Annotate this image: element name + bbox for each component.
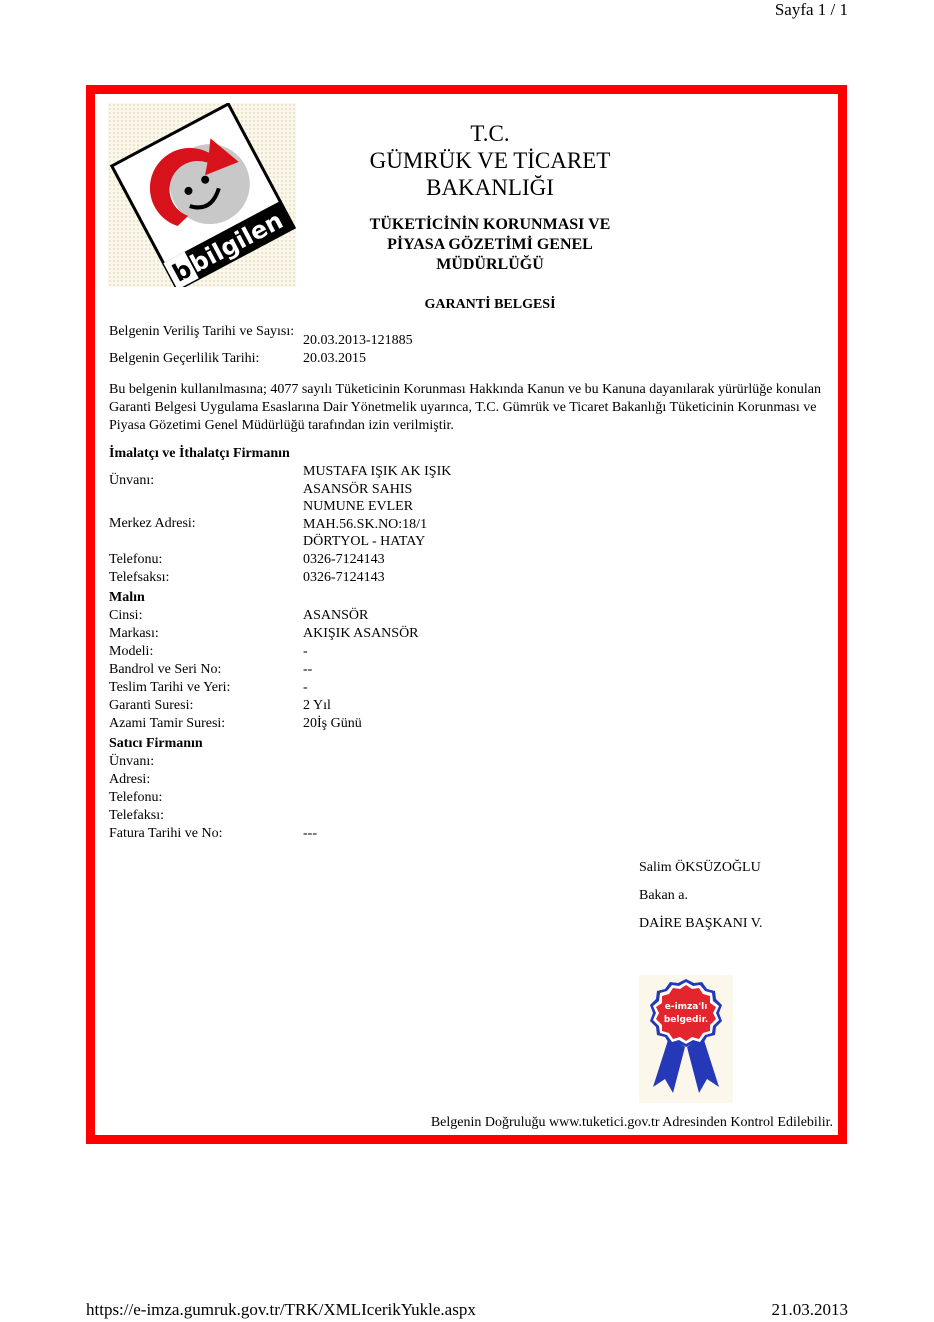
- signature-block: Salim ÖKSÜZOĞLU Bakan a. DAİRE BAŞKANI V…: [639, 854, 763, 938]
- seller-row: Telefonu:: [109, 789, 829, 807]
- manufacturer-title-label: Ünvanı:: [109, 463, 303, 498]
- legal-text: Bu belgenin kullanılmasına; 4077 sayılı …: [109, 381, 829, 435]
- manufacturer-phone-row: Telefonu: 0326-7124143: [109, 551, 829, 569]
- certificate-content: Belgenin Veriliş Tarihi ve Sayısı: 20.03…: [109, 324, 829, 843]
- seller-value: ---: [303, 825, 829, 843]
- seller-row: Telefaksı:: [109, 807, 829, 825]
- seller-value: [303, 753, 829, 771]
- product-row: Markası:AKIŞIK ASANSÖR: [109, 625, 829, 643]
- product-label: Bandrol ve Seri No:: [109, 661, 303, 679]
- manufacturer-phone-value: 0326-7124143: [303, 551, 829, 569]
- manufacturer-phone-label: Telefonu:: [109, 551, 303, 569]
- product-row: Teslim Tarihi ve Yeri:-: [109, 679, 829, 697]
- e-signature-seal: e-imza'lı belgedir.: [639, 975, 733, 1103]
- product-label: Cinsi:: [109, 607, 303, 625]
- seller-rows: Ünvanı: Adresi: Telefonu: Telefaksı: Fat…: [109, 753, 829, 843]
- product-label: Azami Tamir Suresi:: [109, 715, 303, 733]
- validity-value: 20.03.2015: [303, 350, 829, 368]
- manufacturer-title-line: MUSTAFA IŞIK AK IŞIK: [303, 463, 829, 481]
- product-label: Modeli:: [109, 643, 303, 661]
- manufacturer-fax-label: Telefsaksı:: [109, 569, 303, 587]
- header-line-3: BAKANLIĞI: [325, 174, 655, 201]
- manufacturer-fax-value: 0326-7124143: [303, 569, 829, 587]
- header-line-2: GÜMRÜK VE TİCARET: [325, 147, 655, 174]
- validity-label: Belgenin Geçerlilik Tarihi:: [109, 350, 303, 368]
- verification-note: Belgenin Doğruluğu www.tuketici.gov.tr A…: [431, 1115, 833, 1131]
- page-indicator: Sayfa 1 / 1: [775, 0, 848, 20]
- seller-heading: Satıcı Firmanın: [109, 735, 829, 753]
- product-row: Bandrol ve Seri No:--: [109, 661, 829, 679]
- issuer-title-block: T.C. GÜMRÜK VE TİCARET BAKANLIĞI TÜKETİC…: [325, 120, 655, 313]
- product-value: 2 Yıl: [303, 697, 829, 715]
- manufacturer-title-row: Ünvanı: MUSTAFA IŞIK AK IŞIK ASANSÖR SAH…: [109, 463, 829, 498]
- footer-url: https://e-imza.gumruk.gov.tr/TRK/XMLIcer…: [86, 1300, 476, 1320]
- seller-label: Fatura Tarihi ve No:: [109, 825, 303, 843]
- document-title: GARANTİ BELGESİ: [325, 297, 655, 313]
- issue-row: Belgenin Veriliş Tarihi ve Sayısı: 20.03…: [109, 324, 829, 350]
- product-label: Teslim Tarihi ve Yeri:: [109, 679, 303, 697]
- manufacturer-title-line: ASANSÖR SAHIS: [303, 481, 829, 499]
- product-value: 20İş Günü: [303, 715, 829, 733]
- product-value: -: [303, 679, 829, 697]
- bilgilen-logo: b bilgilen: [108, 103, 296, 287]
- seller-label: Adresi:: [109, 771, 303, 789]
- product-heading: Malın: [109, 589, 829, 607]
- seller-value: [303, 771, 829, 789]
- product-label: Markası:: [109, 625, 303, 643]
- product-rows: Cinsi:ASANSÖR Markası:AKIŞIK ASANSÖR Mod…: [109, 607, 829, 733]
- seller-row: Adresi:: [109, 771, 829, 789]
- footer-date: 21.03.2013: [772, 1300, 849, 1320]
- manufacturer-address-line: DÖRTYOL - HATAY: [303, 533, 829, 551]
- manufacturer-address-row: Merkez Adresi: NUMUNE EVLER MAH.56.SK.NO…: [109, 498, 829, 551]
- bilgilen-smiley-logo-icon: b bilgilen: [108, 103, 296, 287]
- issue-label: Belgenin Veriliş Tarihi ve Sayısı:: [109, 324, 303, 350]
- signatory-role-2: DAİRE BAŞKANI V.: [639, 910, 763, 938]
- svg-text:belgedir.: belgedir.: [664, 1015, 708, 1025]
- validity-row: Belgenin Geçerlilik Tarihi: 20.03.2015: [109, 350, 829, 368]
- product-row: Modeli:-: [109, 643, 829, 661]
- product-row: Cinsi:ASANSÖR: [109, 607, 829, 625]
- certificate-frame: b bilgilen T.C. GÜMRÜK VE TİCARET BAKANL…: [86, 85, 847, 1144]
- manufacturer-address-line: MAH.56.SK.NO:18/1: [303, 516, 829, 534]
- directorate-line-2: PİYASA GÖZETİMİ GENEL: [325, 235, 655, 255]
- seller-label: Telefaksı:: [109, 807, 303, 825]
- product-value: -: [303, 643, 829, 661]
- manufacturer-address-label: Merkez Adresi:: [109, 498, 303, 551]
- seller-row: Fatura Tarihi ve No:---: [109, 825, 829, 843]
- seller-label: Telefonu:: [109, 789, 303, 807]
- header-line-1: T.C.: [325, 120, 655, 147]
- seller-value: [303, 789, 829, 807]
- seller-row: Ünvanı:: [109, 753, 829, 771]
- directorate-line-3: MÜDÜRLÜĞÜ: [325, 255, 655, 275]
- seller-value: [303, 807, 829, 825]
- product-label: Garanti Suresi:: [109, 697, 303, 715]
- signatory-role-1: Bakan a.: [639, 882, 763, 910]
- issue-value: 20.03.2013-121885: [303, 324, 829, 350]
- signatory-name: Salim ÖKSÜZOĞLU: [639, 854, 763, 882]
- seller-label: Ünvanı:: [109, 753, 303, 771]
- directorate-line-1: TÜKETİCİNİN KORUNMASI VE: [325, 215, 655, 235]
- svg-text:e-imza'lı: e-imza'lı: [665, 1002, 708, 1012]
- product-value: AKIŞIK ASANSÖR: [303, 625, 829, 643]
- product-row: Garanti Suresi:2 Yıl: [109, 697, 829, 715]
- product-value: --: [303, 661, 829, 679]
- manufacturer-address-line: NUMUNE EVLER: [303, 498, 829, 516]
- product-row: Azami Tamir Suresi:20İş Günü: [109, 715, 829, 733]
- manufacturer-fax-row: Telefsaksı: 0326-7124143: [109, 569, 829, 587]
- manufacturer-heading: İmalatçı ve İthalatçı Firmanın: [109, 445, 829, 463]
- product-value: ASANSÖR: [303, 607, 829, 625]
- rosette-seal-icon: e-imza'lı belgedir.: [639, 975, 733, 1103]
